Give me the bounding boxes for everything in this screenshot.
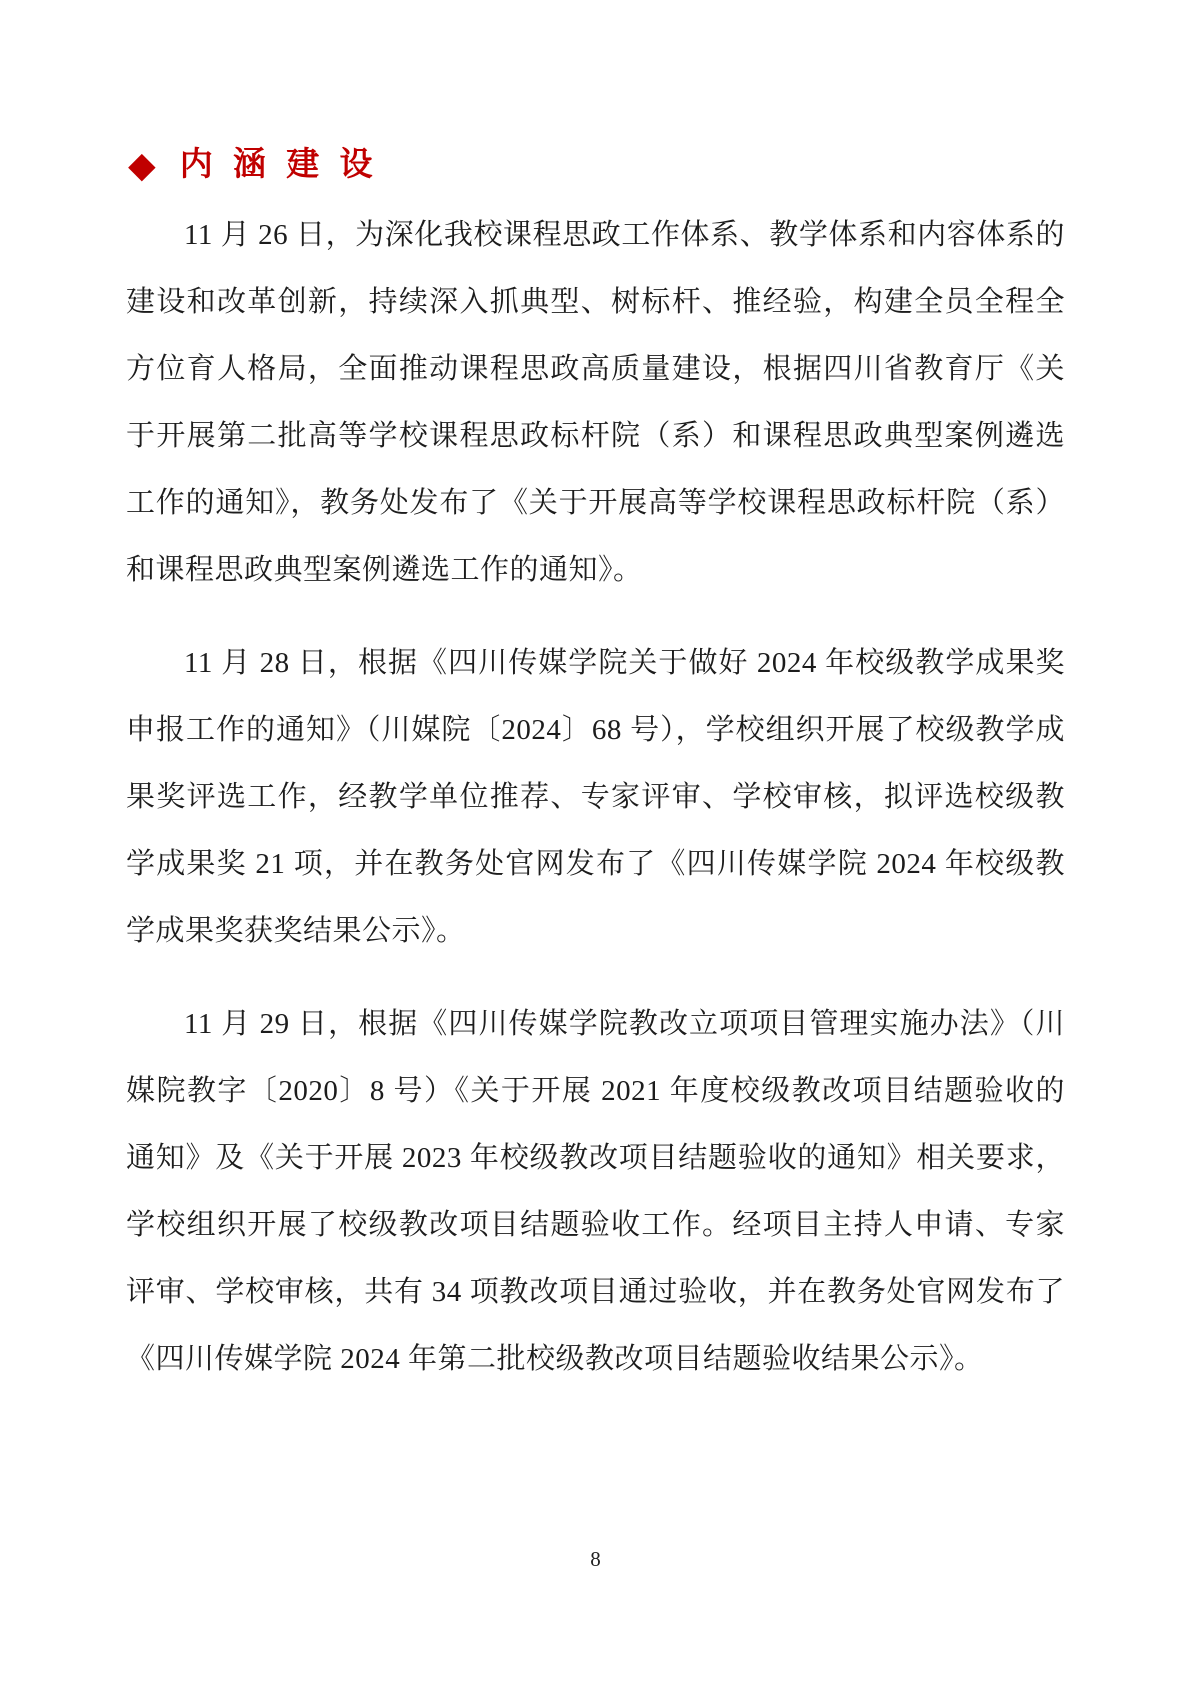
section-title: 内 涵 建 设 [180,146,379,186]
paragraph-nov-29: 11 月 29 日，根据《四川传媒学院教改立项项目管理实施办法》（川媒院教字〔2… [126,991,1065,1393]
document-body: 11 月 26 日，为深化我校课程思政工作体系、教学体系和内容体系的建设和改革创… [126,202,1065,1393]
page-number: 8 [0,1547,1191,1572]
section-heading: ◆ 内 涵 建 设 [128,146,1063,186]
diamond-bullet-icon: ◆ [128,148,156,184]
document-page: ◆ 内 涵 建 设 11 月 26 日，为深化我校课程思政工作体系、教学体系和内… [0,0,1191,1684]
paragraph-nov-26: 11 月 26 日，为深化我校课程思政工作体系、教学体系和内容体系的建设和改革创… [126,202,1065,604]
paragraph-nov-28: 11 月 28 日，根据《四川传媒学院关于做好 2024 年校级教学成果奖申报工… [126,630,1065,965]
